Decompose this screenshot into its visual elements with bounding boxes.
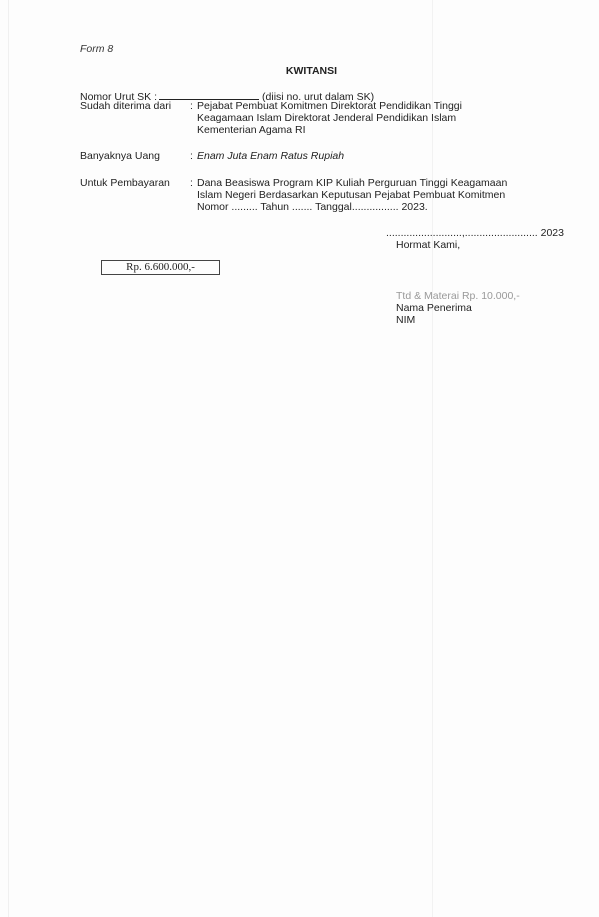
- banyaknya-uang-value: Enam Juta Enam Ratus Rupiah: [197, 150, 344, 162]
- diterima-dari-line-2: Keagamaan Islam Direktorat Jenderal Pend…: [197, 112, 456, 124]
- scan-fold-line: [8, 0, 9, 917]
- untuk-pembayaran-line-2: Islam Negeri Berdasarkan Keputusan Pejab…: [197, 189, 505, 201]
- amount-box: Rp. 6.600.000,-: [101, 260, 220, 275]
- banyaknya-uang-colon: :: [190, 150, 193, 162]
- title-text: KWITANSI: [286, 65, 337, 77]
- scan-fold-line: [432, 0, 433, 917]
- diterima-dari-line-3: Kementerian Agama RI: [197, 124, 306, 136]
- place-date-line: ..........................,.............…: [386, 227, 564, 239]
- untuk-pembayaran-line-1: Dana Beasiswa Program KIP Kuliah Perguru…: [197, 177, 507, 189]
- stamp-note: Ttd & Materai Rp. 10.000,-: [396, 290, 520, 302]
- untuk-pembayaran-label: Untuk Pembayaran: [80, 177, 170, 189]
- recipient-nim: NIM: [396, 314, 415, 326]
- diterima-dari-line-1: Pejabat Pembuat Komitmen Direktorat Pend…: [197, 100, 462, 112]
- diterima-dari-label: Sudah diterima dari: [80, 100, 171, 112]
- diterima-dari-colon: :: [190, 100, 193, 112]
- recipient-name: Nama Penerima: [396, 302, 472, 314]
- untuk-pembayaran-colon: :: [190, 177, 193, 189]
- banyaknya-uang-label: Banyaknya Uang: [80, 150, 160, 162]
- document-page: Form 8 KWITANSI Nomor Urut SK :(diisi no…: [0, 0, 599, 917]
- nomor-urut-blank: [159, 89, 259, 100]
- untuk-pembayaran-line-3: Nomor ......... Tahun ....... Tanggal...…: [197, 201, 428, 213]
- form-number-label: Form 8: [80, 43, 113, 55]
- document-title: KWITANSI: [0, 65, 599, 77]
- greeting: Hormat Kami,: [396, 239, 460, 251]
